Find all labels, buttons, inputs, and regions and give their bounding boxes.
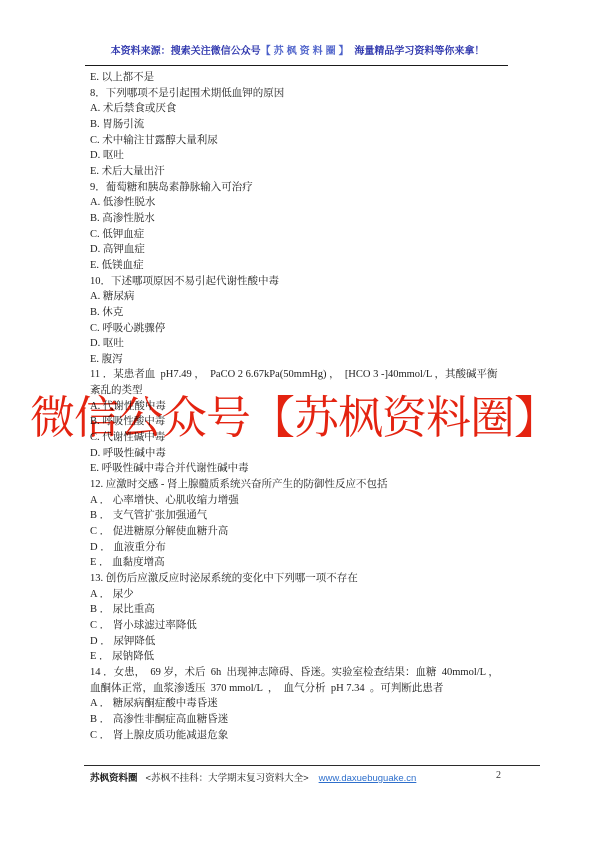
text-line: D ． 血液重分布 [90, 540, 520, 556]
text-line: D. 呼吸性碱中毒 [90, 446, 520, 462]
footer-tagline: <苏枫不挂科：大学期末复习资料大全> [146, 773, 309, 784]
text-line: 9．葡萄糖和胰岛素静脉输入可治疗 [90, 180, 520, 196]
page-number: 2 [496, 770, 501, 781]
text-line: C. 低钾血症 [90, 227, 520, 243]
question-text-block: E. 以上都不是8．下列哪项不是引起围术期低血钾的原因A. 术后禁食或厌食B. … [90, 70, 520, 743]
page-header: 本资料来源：搜索关注微信公众号【苏枫资料圈】 海量精品学习资料等你来拿！ [0, 42, 595, 57]
text-line: E ． 血黏度增高 [90, 555, 520, 571]
text-line: D ． 尿钾降低 [90, 634, 520, 650]
text-line: A ． 心率增快、心肌收缩力增强 [90, 493, 520, 509]
text-line: A. 低渗性脱水 [90, 195, 520, 211]
text-line: C ． 促进糖原分解使血糖升高 [90, 524, 520, 540]
document-page: 本资料来源：搜索关注微信公众号【苏枫资料圈】 海量精品学习资料等你来拿！ E. … [0, 0, 595, 841]
text-line: E. 以上都不是 [90, 70, 520, 86]
text-line: E. 腹泻 [90, 352, 520, 368]
text-line: D. 高钾血症 [90, 242, 520, 258]
text-line: C. 代谢性碱中毒 [90, 430, 520, 446]
text-line: 12. 应激时交感 - 肾上腺髓质系统兴奋所产生的防御性反应不包括 [90, 477, 520, 493]
text-line: A. 糖尿病 [90, 289, 520, 305]
text-line: E. 术后大量出汗 [90, 164, 520, 180]
header-source-text: 本资料来源：搜索关注微信公众号 [111, 46, 261, 57]
footer-url-link[interactable]: www.daxuebuguake.cn [319, 773, 417, 784]
footer-brand: 苏枫资料圈 [90, 773, 138, 784]
text-line: B ． 高渗性非酮症高血糖昏迷 [90, 712, 520, 728]
page-footer: 苏枫资料圈<苏枫不挂科：大学期末复习资料大全>www.daxuebuguake.… [90, 770, 416, 784]
text-line: B ． 支气管扩张加强通气 [90, 508, 520, 524]
text-line: C ． 肾小球滤过率降低 [90, 618, 520, 634]
text-line: B. 高渗性脱水 [90, 211, 520, 227]
footer-divider [84, 765, 540, 766]
text-line: A ． 尿少 [90, 587, 520, 603]
text-line: 13. 创伤后应激反应时泌尿系统的变化中下列哪一项不存在 [90, 571, 520, 587]
text-line: C. 呼吸心跳骤停 [90, 321, 520, 337]
text-line: D. 呕吐 [90, 148, 520, 164]
text-line: A ． 糖尿病酮症酸中毒昏迷 [90, 696, 520, 712]
text-line: 血酮体正常，血浆渗透压 370 mmol/L ， 血气分析 pH 7.34 。可… [90, 681, 520, 697]
text-line: E. 呼吸性碱中毒合并代谢性碱中毒 [90, 461, 520, 477]
text-line: C. 术中输注甘露醇大量利尿 [90, 133, 520, 149]
header-promo-text: 海量精品学习资料等你来拿！ [352, 46, 485, 57]
text-line: 8．下列哪项不是引起围术期低血钾的原因 [90, 86, 520, 102]
text-line: E ． 尿钠降低 [90, 649, 520, 665]
text-line: C ． 肾上腺皮质功能减退危象 [90, 728, 520, 744]
text-line: B. 胃肠引流 [90, 117, 520, 133]
text-line: 紊乱的类型 [90, 383, 520, 399]
text-line: A. 术后禁食或厌食 [90, 101, 520, 117]
text-line: 14 ．女患， 69 岁，术后 6h 出现神志障碍、昏迷。实验室检查结果：血糖 … [90, 665, 520, 681]
text-line: B ． 尿比重高 [90, 602, 520, 618]
header-brand-text: 【苏枫资料圈】 [261, 46, 352, 57]
text-line: D. 呕吐 [90, 336, 520, 352]
text-line: A. 代谢性酸中毒 [90, 399, 520, 415]
text-line: B. 休克 [90, 305, 520, 321]
text-line: B. 呼吸性酸中毒 [90, 414, 520, 430]
text-line: E. 低镁血症 [90, 258, 520, 274]
header-divider [85, 65, 508, 66]
text-line: 11 ．某患者血 pH7.49 ， PaCO 2 6.67kPa(50mmHg)… [90, 367, 520, 383]
text-line: 10．下述哪项原因不易引起代谢性酸中毒 [90, 274, 520, 290]
